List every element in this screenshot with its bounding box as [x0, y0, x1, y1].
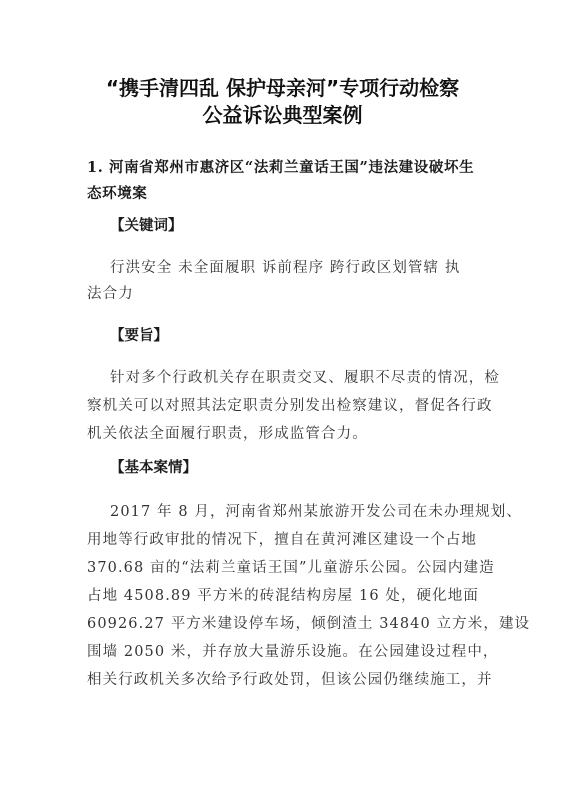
document-page: “携手清四乱 保护母亲河”专项行动检察 公益诉讼典型案例 1. 河南省郑州市惠济…: [0, 0, 565, 800]
basic-facts-line-3: 370.68 亩的“法莉兰童话王国”儿童游乐公园。公园内建造: [87, 558, 487, 578]
gist-line-1: 针对多个行政机关存在职责交叉、履职不尽责的情况，检: [110, 368, 510, 388]
document-title-line-1: “携手清四乱 保护母亲河”专项行动检察: [0, 75, 565, 101]
gist-line-3: 机关依法全面履行职责，形成监管合力。: [87, 424, 487, 444]
keywords-label: 【关键词】: [110, 216, 183, 236]
basic-facts-line-4: 占地 4508.89 平方米的砖混结构房屋 16 处，硬化地面: [87, 586, 487, 606]
document-title-line-2: 公益诉讼典型案例: [0, 102, 565, 128]
keywords-line-1: 行洪安全 未全面履职 诉前程序 跨行政区划管辖 执: [110, 258, 510, 278]
basic-facts-line-7: 相关行政机关多次给予行政处罚，但该公园仍继续施工，并: [87, 670, 487, 690]
case-heading-line-2: 态环境案: [87, 184, 147, 204]
basic-facts-line-5: 60926.27 平方米建设停车场，倾倒渣土 34840 立方米，建设: [87, 614, 487, 634]
gist-line-2: 察机关可以对照其法定职责分别发出检察建议，督促各行政: [87, 396, 487, 416]
basic-facts-line-6: 围墙 2050 米，并存放大量游乐设施。在公园建设过程中，: [87, 642, 487, 662]
case-heading-line-1: 1. 河南省郑州市惠济区“法莉兰童话王国”违法建设破坏生: [87, 158, 474, 178]
basic-facts-line-2: 用地等行政审批的情况下，擅自在黄河滩区建设一个占地: [87, 530, 487, 550]
gist-label: 【要旨】: [110, 326, 168, 346]
basic-facts-line-1: 2017 年 8 月，河南省郑州某旅游开发公司在未办理规划、: [110, 502, 510, 522]
basic-facts-label: 【基本案情】: [110, 458, 197, 478]
keywords-line-2: 法合力: [87, 284, 487, 304]
